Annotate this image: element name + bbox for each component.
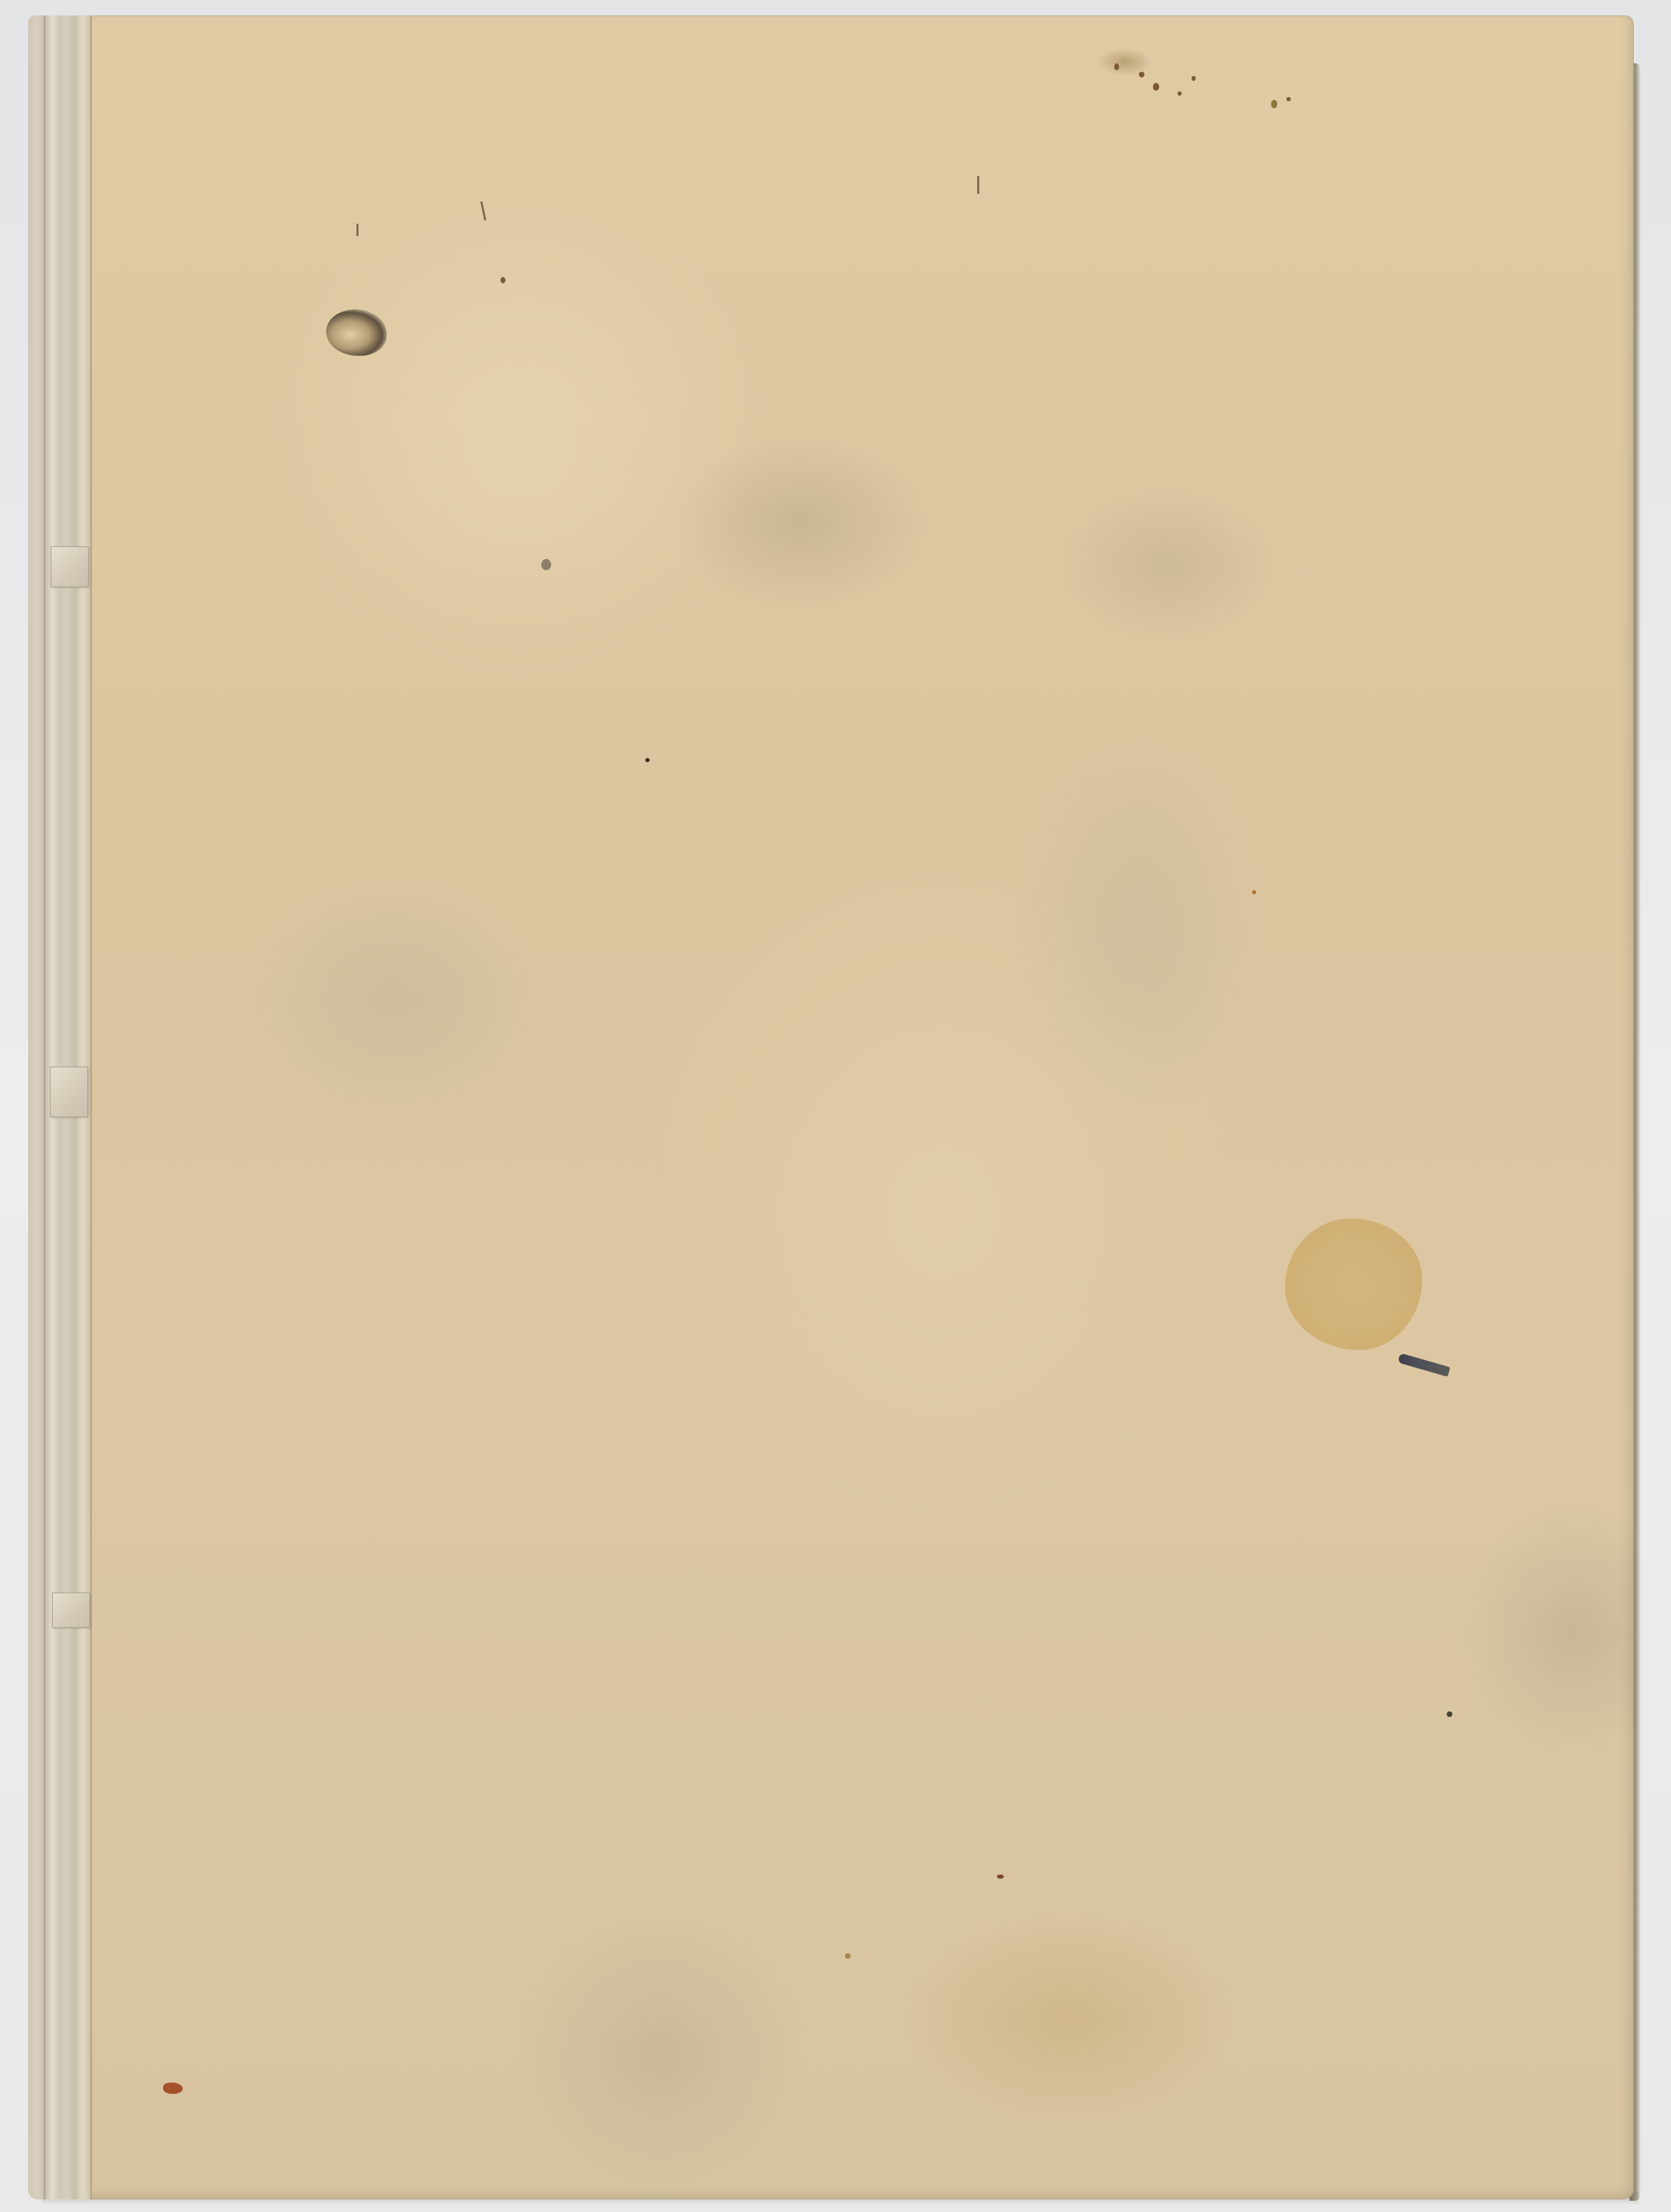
speck (1178, 91, 1182, 96)
binding-tab (52, 1593, 90, 1628)
speck (1139, 72, 1144, 77)
speck (1114, 63, 1119, 70)
speck (541, 559, 551, 570)
spine-groove (90, 15, 92, 2199)
speck (1153, 83, 1159, 91)
rust-spot (163, 2083, 183, 2094)
spine-groove (44, 15, 46, 2199)
speck (501, 277, 505, 283)
speck (1447, 1711, 1452, 1717)
vellum-book-cover (28, 15, 1634, 2199)
speck (1192, 76, 1196, 81)
speck (845, 1953, 851, 1959)
speck (1271, 100, 1277, 108)
speck (645, 758, 650, 762)
binding-tab (51, 546, 89, 587)
speck (1286, 97, 1291, 101)
scratch-mark (977, 176, 979, 194)
binding-tab (50, 1067, 88, 1117)
speck-cluster (1097, 48, 1153, 76)
worm-hole-stain (326, 309, 387, 356)
speck (1252, 890, 1256, 894)
scratch-mark (356, 224, 359, 236)
scan-scene (0, 0, 1671, 2212)
water-stain (1285, 1218, 1422, 1350)
speck (997, 1875, 1004, 1879)
